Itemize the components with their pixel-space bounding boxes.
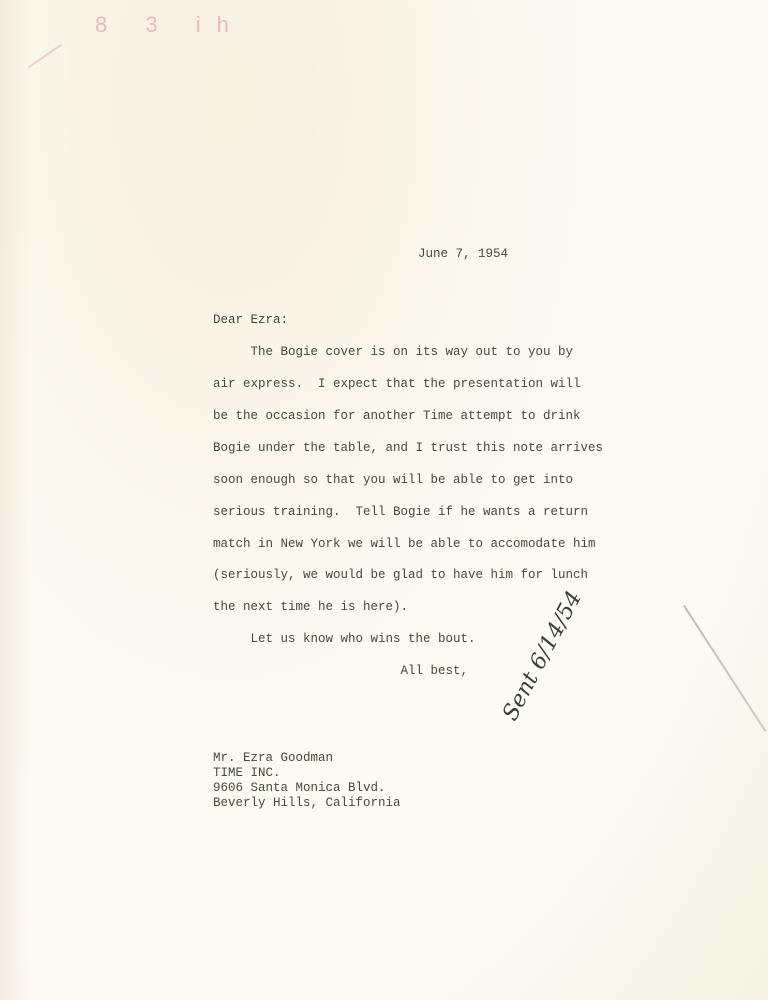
handwritten-sent-note: Sent 6/14/54 bbox=[498, 587, 587, 725]
body-line: Let us know who wins the bout. bbox=[213, 632, 476, 647]
pencil-mark bbox=[683, 605, 766, 732]
body-line: air express. I expect that the presentat… bbox=[213, 377, 581, 392]
closing-line: All best, bbox=[213, 664, 468, 679]
letter-salutation: Dear Ezra: bbox=[213, 313, 288, 328]
page-edge-shadow bbox=[0, 0, 30, 1000]
letter-date: June 7, 1954 bbox=[418, 247, 508, 262]
corner-stamp-marks: 8 3 ih bbox=[95, 12, 245, 38]
corner-pencil-stroke bbox=[28, 44, 62, 69]
body-line: (seriously, we would be glad to have him… bbox=[213, 568, 588, 583]
address-line: Beverly Hills, California bbox=[213, 796, 401, 811]
body-line: serious training. Tell Bogie if he wants… bbox=[213, 505, 588, 520]
body-line: soon enough so that you will be able to … bbox=[213, 473, 573, 488]
body-line: Bogie under the table, and I trust this … bbox=[213, 441, 603, 456]
address-line: Mr. Ezra Goodman bbox=[213, 751, 333, 766]
body-line: the next time he is here). bbox=[213, 600, 408, 615]
body-line: The Bogie cover is on its way out to you… bbox=[213, 345, 573, 360]
body-line: be the occasion for another Time attempt… bbox=[213, 409, 581, 424]
address-line: 9606 Santa Monica Blvd. bbox=[213, 781, 386, 796]
body-line: match in New York we will be able to acc… bbox=[213, 537, 596, 552]
address-line: TIME INC. bbox=[213, 766, 281, 781]
